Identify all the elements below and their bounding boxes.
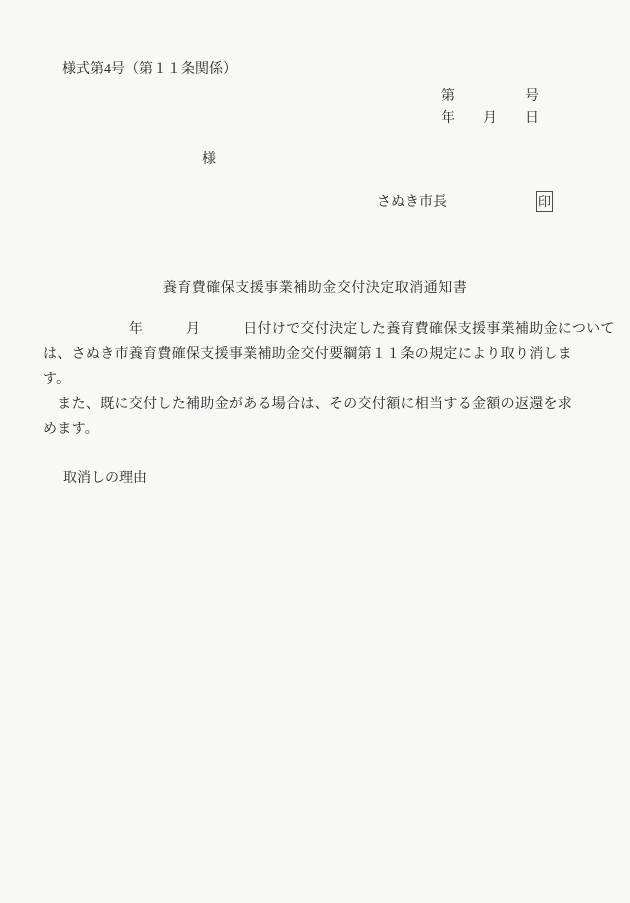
body-text: 年 月 日付けで交付決定した養育費確保支援事業補助金について は、さぬき市養育費…: [43, 317, 603, 442]
seal-character: 印: [538, 195, 551, 208]
form-number: 様式第4号（第１１条関係）: [62, 61, 237, 78]
body-line-5: めます。: [43, 417, 603, 442]
body-line-2: は、さぬき市養育費確保支援事業補助金交付要綱第１１条の規定により取り消しま: [43, 342, 603, 367]
document-number-line: 第 号: [441, 88, 539, 105]
issue-date-line: 年 月 日: [441, 110, 539, 127]
addressee-honorific: 様: [202, 151, 216, 168]
seal-box: 印: [536, 191, 553, 212]
body-line-1: 年 月 日付けで交付決定した養育費確保支援事業補助金について: [43, 317, 603, 342]
sender-name: さぬき市長: [377, 194, 447, 211]
document-title: 養育費確保支援事業補助金交付決定取消通知書: [0, 277, 630, 297]
cancellation-reason-label: 取消しの理由: [63, 470, 147, 487]
body-line-4: また、既に交付した補助金がある場合は、その交付額に相当する金額の返還を求: [43, 392, 603, 417]
body-line-3: す。: [43, 367, 603, 392]
document-page: 様式第4号（第１１条関係） 第 号 年 月 日 様 さぬき市長 印 養育費確保支…: [0, 0, 630, 903]
